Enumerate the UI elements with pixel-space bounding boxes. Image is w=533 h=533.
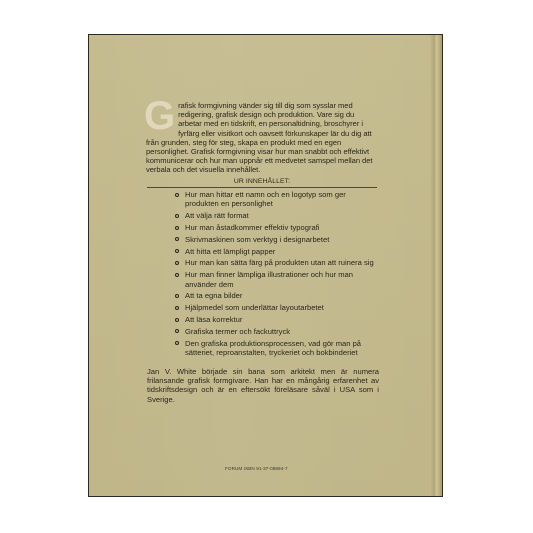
list-item-text: Hur man finner lämpliga illustrationer o…	[185, 270, 353, 288]
list-item-text: Hur man åstadkommer effektiv typografi	[185, 223, 320, 232]
section-heading: UR INNEHÅLLET:	[147, 178, 377, 185]
circle-bullet-icon	[175, 329, 179, 333]
intro-paragraph: Grafisk formgivning vänder sig till dig …	[146, 101, 378, 175]
list-item: Att ta egna bilder	[175, 291, 375, 300]
list-item-text: Den grafiska produktionsprocessen, vad g…	[185, 339, 361, 357]
circle-bullet-icon	[175, 214, 179, 218]
circle-bullet-icon	[175, 306, 179, 310]
circle-bullet-icon	[175, 193, 179, 197]
list-item-text: Att ta egna bilder	[185, 291, 242, 300]
list-item: Grafiska termer och fackuttryck	[175, 327, 375, 336]
circle-bullet-icon	[175, 237, 179, 241]
list-item: Skrivmaskinen som verktyg i designarbete…	[175, 235, 375, 244]
circle-bullet-icon	[175, 226, 179, 230]
list-item: Att läsa korrektur	[175, 315, 375, 324]
photo-stage: Grafisk formgivning vänder sig till dig …	[0, 0, 533, 533]
list-item-text: Grafiska termer och fackuttryck	[185, 327, 290, 336]
book-spine-edge	[430, 35, 442, 496]
list-item: Hjälpmedel som underlättar layoutarbetet	[175, 303, 375, 312]
circle-bullet-icon	[175, 249, 179, 253]
contents-list: Hur man hittar ett namn och en logotyp s…	[175, 190, 375, 360]
list-item: Hur man åstadkommer effektiv typografi	[175, 223, 375, 232]
list-item-text: Att välja rätt format	[185, 211, 249, 220]
list-item-text: Att läsa korrektur	[185, 315, 242, 324]
drop-cap: G	[144, 101, 175, 133]
isbn-line: FORUM ISBN 91-37-08894-7	[225, 466, 288, 471]
section-divider	[147, 187, 377, 188]
intro-text: rafisk formgivning vänder sig till dig s…	[146, 101, 372, 174]
circle-bullet-icon	[175, 294, 179, 298]
list-item: Den grafiska produktionsprocessen, vad g…	[175, 339, 375, 358]
list-item-text: Skrivmaskinen som verktyg i designarbete…	[185, 235, 329, 244]
list-item-text: Att hitta ett lämpligt papper	[185, 247, 275, 256]
list-item: Att välja rätt format	[175, 211, 375, 220]
circle-bullet-icon	[175, 318, 179, 322]
circle-bullet-icon	[175, 341, 179, 345]
book-back-cover: Grafisk formgivning vänder sig till dig …	[88, 34, 443, 497]
circle-bullet-icon	[175, 273, 179, 277]
author-bio: Jan V. White började sin bana som arkite…	[147, 367, 379, 404]
list-item: Hur man kan sätta färg på produkten utan…	[175, 258, 375, 267]
list-item: Att hitta ett lämpligt papper	[175, 247, 375, 256]
circle-bullet-icon	[175, 261, 179, 265]
list-item: Hur man finner lämpliga illustrationer o…	[175, 270, 375, 289]
list-item-text: Hur man kan sätta färg på produkten utan…	[185, 258, 374, 267]
list-item-text: Hur man hittar ett namn och en logotyp s…	[185, 190, 346, 208]
list-item: Hur man hittar ett namn och en logotyp s…	[175, 190, 375, 209]
list-item-text: Hjälpmedel som underlättar layoutarbetet	[185, 303, 324, 312]
